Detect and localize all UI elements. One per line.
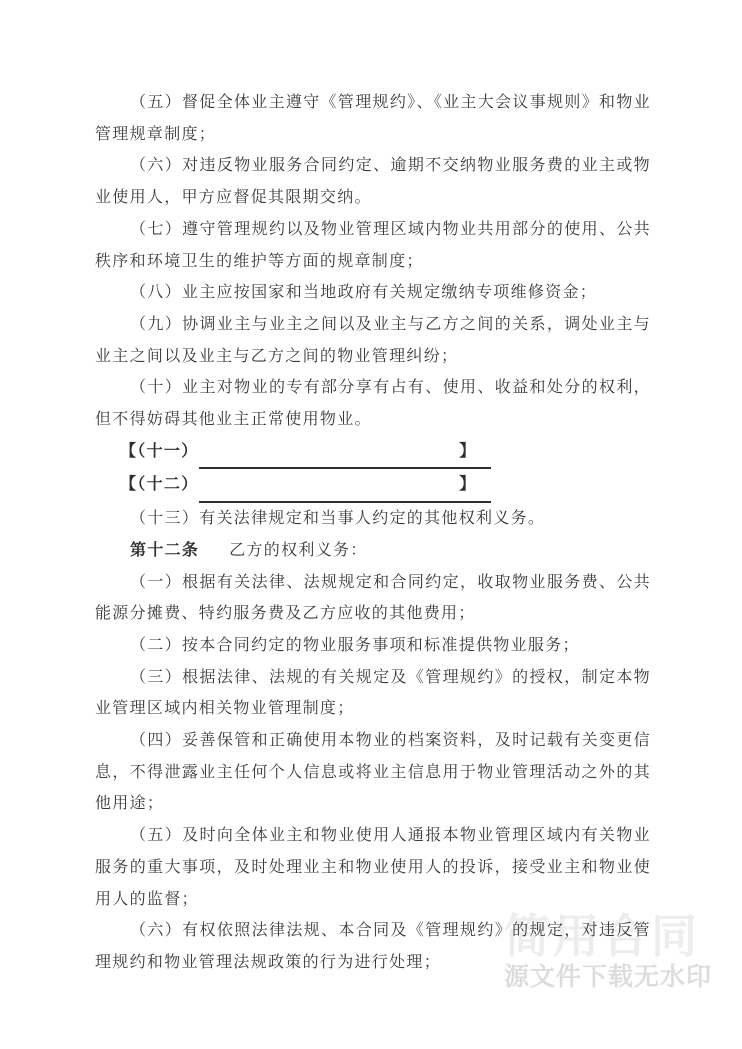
clause-item-5: （五）督促全体业主遵守《管理规约》、《业主大会议事规则》和物业管理规章制度； — [95, 87, 651, 150]
contract-page: 简用合同 源文件下载无水印 （五）督促全体业主遵守《管理规约》、《业主大会议事规… — [0, 0, 742, 1049]
article12-item-4: （四）妥善保管和正确使用本物业的档案资料，及时记载有关变更信息，不得泄露业主任何… — [95, 725, 651, 820]
clause-item-6: （六）对违反物业服务合同约定、逾期不交纳物业服务费的业主或物业使用人，甲方应督促… — [95, 150, 651, 213]
clause-item-7: （七）遵守管理规约以及物业管理区域内物业共用部分的使用、公共秩序和环境卫生的维护… — [95, 214, 651, 277]
article-title: 乙方的权利义务： — [229, 542, 367, 559]
article-12-heading: 第十二条乙方的权利义务： — [95, 535, 651, 567]
blank-open-bracket-label: 【（十一） — [120, 443, 199, 460]
clause-item-11-blank: 【（十一）】 — [95, 436, 651, 470]
blank-open-bracket-label: 【（十二） — [120, 476, 199, 493]
blank-close-bracket: 】 — [459, 476, 490, 493]
blank-close-bracket: 】 — [459, 443, 490, 460]
article12-item-1: （一）根据有关法律、法规规定和合同约定，收取物业服务费、公共能源分摊费、特约服务… — [95, 567, 651, 630]
article12-item-2: （二）按本合同约定的物业服务事项和标准提供物业服务； — [95, 630, 651, 662]
article12-item-5: （五）及时向全体业主和物业使用人通报本物业管理区域内有关物业服务的重大事项，及时… — [95, 820, 651, 915]
clause-item-12-blank: 【（十二）】 — [95, 469, 651, 503]
fill-in-blank-line: 】 — [199, 436, 491, 470]
contract-body: （五）督促全体业主遵守《管理规约》、《业主大会议事规则》和物业管理规章制度； （… — [95, 87, 651, 979]
article-number: 第十二条 — [130, 542, 199, 559]
clause-item-10: （十）业主对物业的专有部分享有占有、使用、收益和处分的权利，但不得妨碍其他业主正… — [95, 372, 651, 435]
clause-item-8: （八）业主应按国家和当地政府有关规定缴纳专项维修资金； — [95, 277, 651, 309]
article12-item-3: （三）根据法律、法规的有关规定及《管理规约》的授权，制定本物业管理区域内相关物业… — [95, 662, 651, 725]
fill-in-blank-line: 】 — [199, 469, 491, 503]
clause-item-13: （十三）有关法律规定和当事人约定的其他权利义务。 — [95, 503, 651, 535]
clause-item-9: （九）协调业主与业主之间以及业主与乙方之间的关系，调处业主与业主之间以及业主与乙… — [95, 309, 651, 372]
article12-item-6: （六）有权依照法律法规、本合同及《管理规约》的规定，对违反管理规约和物业管理法规… — [95, 915, 651, 978]
